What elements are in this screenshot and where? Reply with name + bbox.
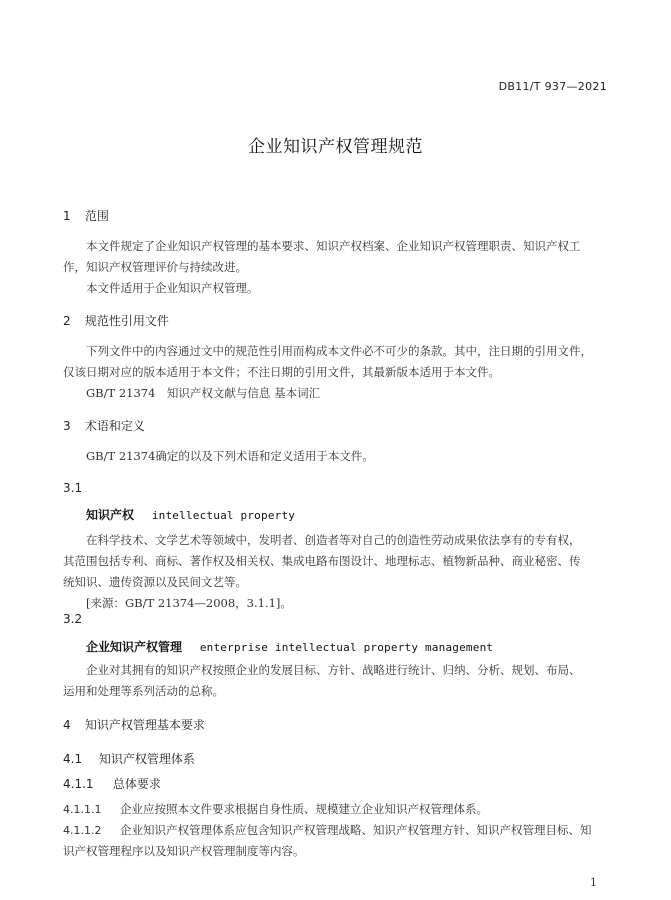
section-2-body: 下列文件中的内容通过文中的规范性引用而构成本文件必不可少的条款。其中，注日期的引… xyxy=(63,341,603,404)
paragraph-line: 运用和处理等系列活动的总称。 xyxy=(63,681,603,702)
section-number: 2 xyxy=(63,314,81,328)
section-number: 4.1.1 xyxy=(63,777,109,791)
term-3-1: 知识产权 intellectual property xyxy=(86,506,295,523)
paragraph-line: 本文件适用于企业知识产权管理。 xyxy=(63,278,603,299)
section-number: 4.1 xyxy=(63,752,95,766)
section-4-1-heading: 4.1 知识产权管理体系 xyxy=(63,750,195,767)
section-title: 规范性引用文件 xyxy=(85,314,169,328)
standard-number: DB11/T 937—2021 xyxy=(499,80,607,93)
section-title: 知识产权管理基本要求 xyxy=(85,718,205,732)
section-title: 知识产权管理体系 xyxy=(99,752,195,766)
source-note: [来源：GB/T 21374—2008，3.1.1]。 xyxy=(63,593,603,614)
term-3-2-definition: 企业对其拥有的知识产权按照企业的发展目标、方针、战略进行统计、归纳、分析、规划、… xyxy=(63,660,603,702)
clause-4-1-1-2: 4.1.1.2企业知识产权管理体系应包含知识产权管理战略、知识产权管理方针、知识… xyxy=(63,820,603,841)
paragraph-line: 企业对其拥有的知识产权按照企业的发展目标、方针、战略进行统计、归纳、分析、规划、… xyxy=(63,660,603,681)
term-english: enterprise intellectual property managem… xyxy=(200,641,493,654)
section-3-intro: GB/T 21374确定的以及下列术语和定义适用于本文件。 xyxy=(63,446,603,467)
document-page: DB11/T 937—2021 企业知识产权管理规范 1 范围 本文件规定了企业… xyxy=(0,0,671,900)
paragraph-line: 在科学技术、文学艺术等领域中，发明者、创造者等对自己的创造性劳动成果依法享有的专… xyxy=(63,530,603,551)
section-4-heading: 4 知识产权管理基本要求 xyxy=(63,716,205,733)
clause-number: 4.1.1.1 xyxy=(63,799,120,820)
paragraph-line: 作，知识产权管理评价与持续改进。 xyxy=(63,257,603,278)
paragraph-line: 本文件规定了企业知识产权管理的基本要求、知识产权档案、企业知识产权管理职责、知识… xyxy=(63,236,603,257)
paragraph-line: 下列文件中的内容通过文中的规范性引用而构成本文件必不可少的条款。其中，注日期的引… xyxy=(63,341,603,362)
section-1-body: 本文件规定了企业知识产权管理的基本要求、知识产权档案、企业知识产权管理职责、知识… xyxy=(63,236,603,299)
clause-4-1-1-1: 4.1.1.1企业应按照本文件要求根据自身性质、规模建立企业知识产权管理体系。 xyxy=(63,799,603,820)
term-chinese: 企业知识产权管理 xyxy=(86,640,182,654)
section-title: 总体要求 xyxy=(113,777,161,791)
clause-3-2-number: 3.2 xyxy=(63,612,82,626)
section-title: 范围 xyxy=(85,209,109,223)
page-number: 1 xyxy=(590,876,597,889)
clause-text: 企业应按照本文件要求根据自身性质、规模建立企业知识产权管理体系。 xyxy=(120,802,488,816)
term-chinese: 知识产权 xyxy=(86,508,134,522)
section-title: 术语和定义 xyxy=(85,419,145,433)
section-number: 3 xyxy=(63,419,81,433)
clause-3-1-number: 3.1 xyxy=(63,481,82,495)
paragraph-line: 识产权管理程序以及知识产权管理制度等内容。 xyxy=(63,841,603,862)
paragraph-line: GB/T 21374确定的以及下列术语和定义适用于本文件。 xyxy=(63,446,603,467)
document-title: 企业知识产权管理规范 xyxy=(0,132,671,157)
section-4-1-1-heading: 4.1.1 总体要求 xyxy=(63,775,161,792)
section-4-1-1-body: 4.1.1.1企业应按照本文件要求根据自身性质、规模建立企业知识产权管理体系。 … xyxy=(63,799,603,862)
clause-number: 4.1.1.2 xyxy=(63,820,120,841)
clause-text: 企业知识产权管理体系应包含知识产权管理战略、知识产权管理方针、知识产权管理目标、… xyxy=(120,823,592,837)
term-3-2: 企业知识产权管理 enterprise intellectual propert… xyxy=(86,638,493,655)
term-english: intellectual property xyxy=(152,509,295,522)
paragraph-line: 统知识、遗传资源以及民间文艺等。 xyxy=(63,572,603,593)
section-number: 1 xyxy=(63,209,81,223)
section-2-heading: 2 规范性引用文件 xyxy=(63,312,169,329)
section-1-heading: 1 范围 xyxy=(63,207,109,224)
paragraph-line: 其范围包括专利、商标、著作权及相关权、集成电路布图设计、地理标志、植物新品种、商… xyxy=(63,551,603,572)
paragraph-line: 仅该日期对应的版本适用于本文件；不注日期的引用文件，其最新版本适用于本文件。 xyxy=(63,362,603,383)
normative-reference: GB/T 21374 知识产权文献与信息 基本词汇 xyxy=(63,383,603,404)
section-number: 4 xyxy=(63,718,81,732)
section-3-heading: 3 术语和定义 xyxy=(63,417,145,434)
term-3-1-definition: 在科学技术、文学艺术等领域中，发明者、创造者等对自己的创造性劳动成果依法享有的专… xyxy=(63,530,603,614)
